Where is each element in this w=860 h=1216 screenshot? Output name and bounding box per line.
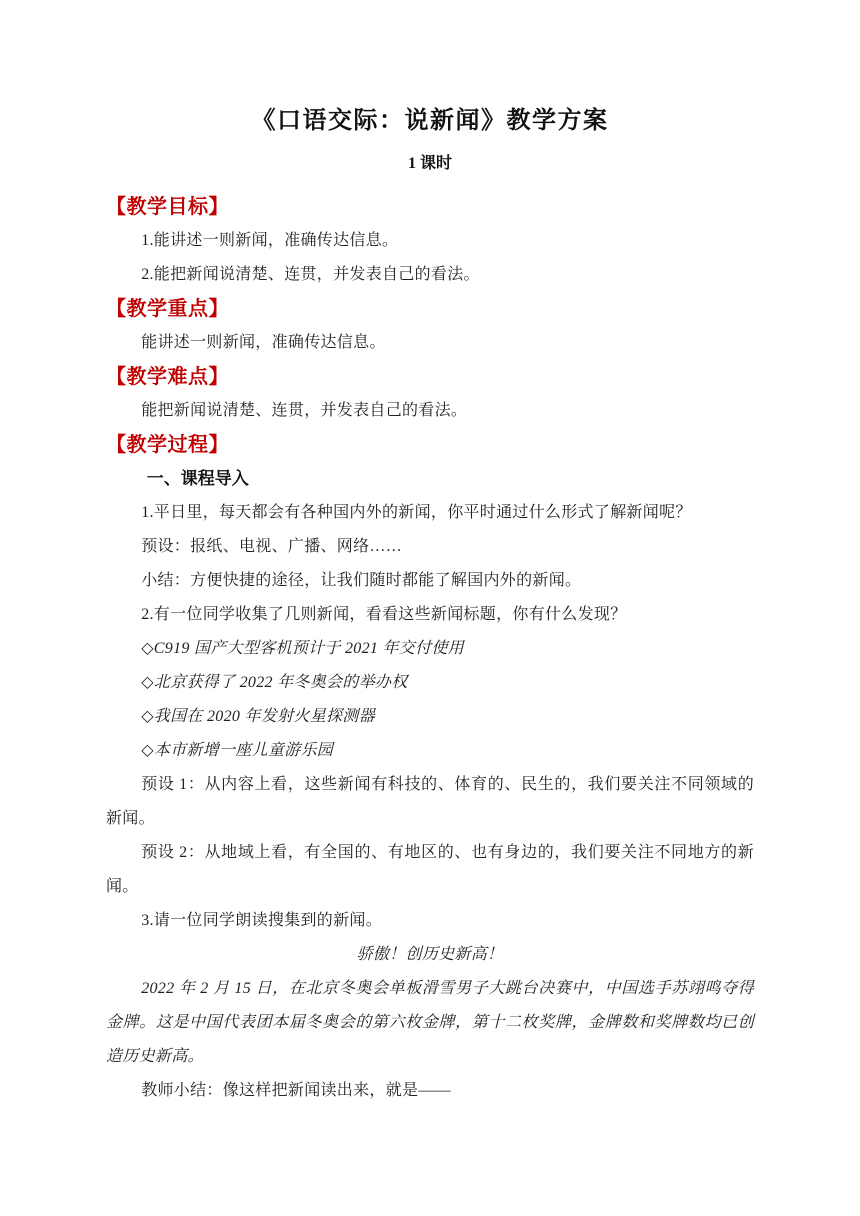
news-title-item: ◇北京获得了 2022 年冬奥会的举办权 — [106, 666, 754, 700]
process-question-2: 2.有一位同学收集了几则新闻，看看这些新闻标题，你有什么发现？ — [106, 598, 754, 632]
process-question-3: 3.请一位同学朗读搜集到的新闻。 — [106, 904, 754, 938]
teaching-process-heading: 【教学过程】 — [106, 428, 754, 462]
difficulties-body: 能把新闻说清楚、连贯，并发表自己的看法。 — [106, 394, 754, 428]
teaching-goal-item: 1.能讲述一则新闻，准确传达信息。 — [106, 224, 754, 258]
section-teaching-goals: 【教学目标】 1.能讲述一则新闻，准确传达信息。 2.能把新闻说清楚、连贯，并发… — [106, 190, 754, 292]
news-title-item: ◇C919 国产大型客机预计于 2021 年交付使用 — [106, 632, 754, 666]
news-sample-headline: 骄傲！创历史新高！ — [106, 938, 754, 972]
news-sample-body: 2022 年 2 月 15 日，在北京冬奥会单板滑雪男子大跳台决赛中，中国选手苏… — [106, 972, 754, 1074]
key-points-body: 能讲述一则新闻，准确传达信息。 — [106, 326, 754, 360]
process-part1-heading: 一、课程导入 — [106, 462, 754, 496]
process-question-1: 1.平日里，每天都会有各种国内外的新闻，你平时通过什么形式了解新闻呢？ — [106, 496, 754, 530]
section-difficulties: 【教学难点】 能把新闻说清楚、连贯，并发表自己的看法。 — [106, 360, 754, 428]
process-q1-summary: 小结：方便快捷的途径，让我们随时都能了解国内外的新闻。 — [106, 564, 754, 598]
teacher-summary: 教师小结：像这样把新闻读出来，就是—— — [106, 1074, 754, 1108]
section-key-points: 【教学重点】 能讲述一则新闻，准确传达信息。 — [106, 292, 754, 360]
section-teaching-process: 【教学过程】 一、课程导入 1.平日里，每天都会有各种国内外的新闻，你平时通过什… — [106, 428, 754, 1108]
document-page: 《口语交际：说新闻》教学方案 1 课时 【教学目标】 1.能讲述一则新闻，准确传… — [0, 0, 860, 1216]
teaching-goals-heading: 【教学目标】 — [106, 190, 754, 224]
news-title-item: ◇我国在 2020 年发射火星探测器 — [106, 700, 754, 734]
teaching-goal-item: 2.能把新闻说清楚、连贯，并发表自己的看法。 — [106, 258, 754, 292]
page-title: 《口语交际：说新闻》教学方案 — [106, 100, 754, 142]
key-points-heading: 【教学重点】 — [106, 292, 754, 326]
difficulties-heading: 【教学难点】 — [106, 360, 754, 394]
process-q2-preset-1: 预设 1：从内容上看，这些新闻有科技的、体育的、民生的，我们要关注不同领域的新闻… — [106, 768, 754, 836]
news-title-item: ◇本市新增一座儿童游乐园 — [106, 734, 754, 768]
process-q2-preset-2: 预设 2：从地域上看，有全国的、有地区的、也有身边的，我们要关注不同地方的新闻。 — [106, 836, 754, 904]
course-hours: 1 课时 — [106, 148, 754, 180]
process-q1-preset: 预设：报纸、电视、广播、网络…… — [106, 530, 754, 564]
